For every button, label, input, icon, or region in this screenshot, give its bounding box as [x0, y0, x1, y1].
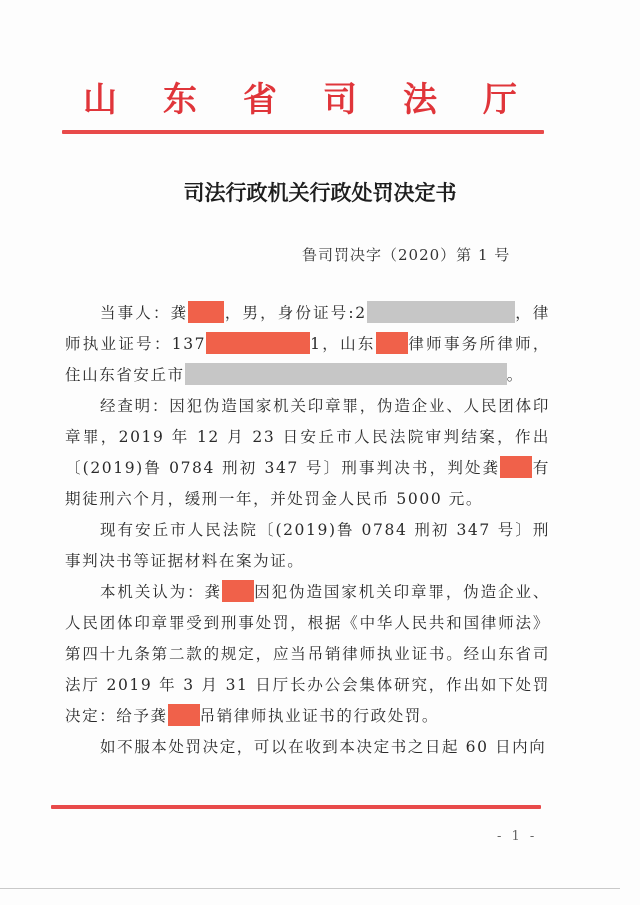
text: 1，山东	[310, 335, 376, 353]
header-divider	[62, 130, 544, 134]
findings-paragraph: 经查明：因犯伪造国家机关印章罪，伪造企业、人民团体印章罪，2019 年 12 月…	[65, 391, 550, 515]
document-body: 当事人：龚，男，身份证号:2，律师执业证号：1371，山东律师事务所律师，住山东…	[65, 298, 550, 763]
text: 当事人：龚	[100, 304, 188, 322]
redaction-firm-name	[376, 332, 408, 354]
redaction-id-number	[367, 301, 515, 323]
page-number: - 1 -	[497, 829, 537, 844]
agency-char: 东	[160, 72, 200, 121]
redaction-name	[188, 301, 224, 323]
text: 。	[507, 366, 524, 384]
document-title: 司法行政机关行政处罚决定书	[0, 177, 640, 207]
agency-char: 司	[320, 72, 360, 121]
footer-divider	[51, 805, 541, 809]
text: 经查明：因犯伪造国家机关印章罪，伪造企业、人民团体印章罪，2019 年 12 月…	[65, 397, 550, 477]
text: ，男，身份证号:2	[224, 304, 366, 322]
agency-char: 厅	[480, 72, 520, 121]
redaction-name	[168, 704, 200, 726]
text: 吊销律师执业证书的行政处罚。	[200, 707, 439, 725]
page-edge	[0, 888, 620, 889]
decision-paragraph: 本机关认为：龚因犯伪造国家机关印章罪，伪造企业、人民团体印章罪受到刑事处罚，根据…	[65, 577, 550, 732]
redaction-name	[500, 456, 532, 478]
evidence-paragraph: 现有安丘市人民法院〔(2019)鲁 0784 刑初 347 号〕刑事判决书等证据…	[65, 515, 550, 577]
redaction-name	[222, 580, 254, 602]
agency-char: 省	[240, 72, 280, 121]
agency-letterhead: 山 东 省 司 法 厅	[80, 72, 520, 121]
document-number: 鲁司罚决字（2020）第 1 号	[302, 244, 510, 265]
text: 本机关认为：龚	[100, 583, 222, 601]
appeal-paragraph: 如不服本处罚决定，可以在收到本决定书之日起 60 日内向	[65, 732, 550, 763]
redaction-license-number	[206, 332, 310, 354]
text: 因犯伪造国家机关印章罪，伪造企业、人民团体印章罪受到刑事处罚，根据《中华人民共和…	[65, 583, 550, 725]
party-paragraph: 当事人：龚，男，身份证号:2，律师执业证号：1371，山东律师事务所律师，住山东…	[65, 298, 550, 391]
agency-char: 山	[80, 72, 120, 121]
agency-char: 法	[400, 72, 440, 121]
redaction-address	[185, 363, 507, 385]
